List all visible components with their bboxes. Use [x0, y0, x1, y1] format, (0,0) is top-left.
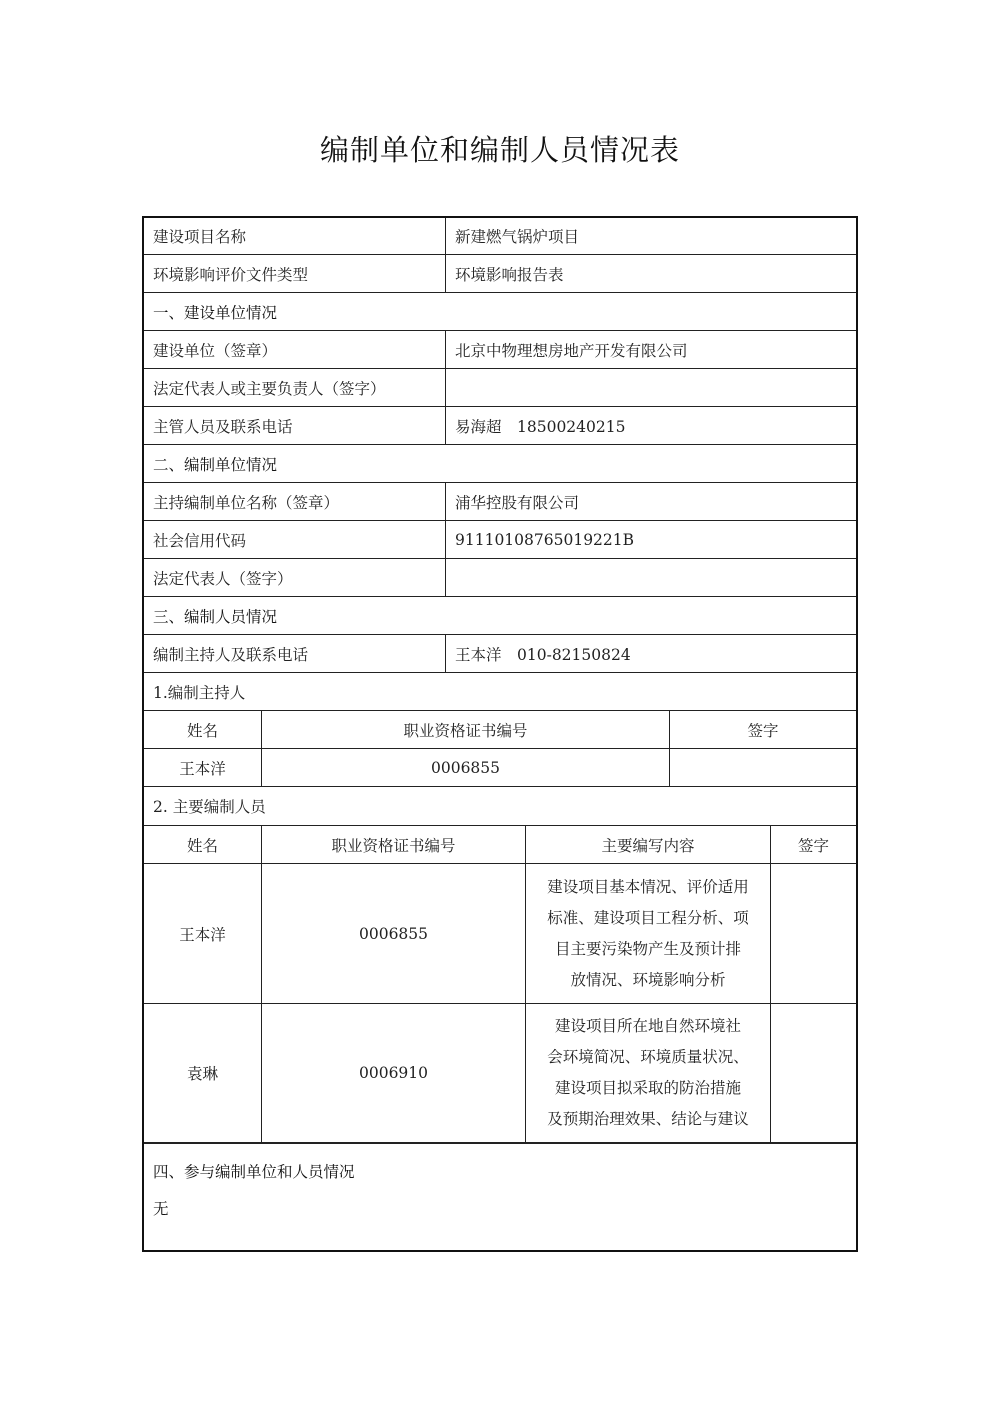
host-subheading: 1.编制主持人	[144, 673, 856, 710]
host-header-signature: 签字	[670, 711, 856, 748]
info-table: 建设项目名称 新建燃气锅炉项目 环境影响评价文件类型 环境影响报告表 一、建设单…	[142, 216, 858, 1252]
staff-header-content: 主要编写内容	[526, 826, 770, 863]
staff-header-cert: 职业资格证书编号	[262, 826, 525, 863]
staff-content: 建设项目基本情况、评价适用 标准、建设项目工程分析、项 目主要污染物产生及预计排…	[526, 864, 770, 1003]
document-title: 编制单位和编制人员情况表	[0, 128, 1000, 169]
content-line: 目主要污染物产生及预计排	[547, 934, 749, 965]
staff-cert-no: 0006910	[262, 1004, 525, 1142]
host-contact-label: 编制主持人及联系电话	[144, 635, 445, 672]
staff-cert-no: 0006855	[262, 864, 525, 1003]
section-heading-preparing-unit: 二、编制单位情况	[144, 445, 856, 482]
staff-content-text: 建设项目所在地自然环境社 会环境简况、环境质量状况、 建设项目拟采取的防治措施 …	[543, 1011, 753, 1135]
preparing-unit-value: 浦华控股有限公司	[446, 483, 856, 520]
legal-rep-signature-field	[446, 369, 856, 406]
preparing-unit-label: 主持编制单位名称（签章）	[144, 483, 445, 520]
section-heading-staff: 三、编制人员情况	[144, 597, 856, 634]
host-name: 王本洋	[144, 749, 261, 786]
staff-signature-field	[771, 1004, 856, 1142]
staff-subheading: 2. 主要编制人员	[144, 787, 856, 825]
participants-value: 无	[144, 1193, 856, 1223]
staff-name: 袁琳	[144, 1004, 261, 1142]
legal-rep-label: 法定代表人或主要负责人（签字）	[144, 369, 445, 406]
staff-signature-field	[771, 864, 856, 1003]
manager-contact-label: 主管人员及联系电话	[144, 407, 445, 444]
host-cert-no: 0006855	[262, 749, 669, 786]
construction-unit-label: 建设单位（签章）	[144, 331, 445, 368]
content-line: 会环境简况、环境质量状况、	[547, 1042, 749, 1073]
preparing-legal-rep-signature-field	[446, 559, 856, 596]
manager-contact-value: 易海超 18500240215	[446, 407, 856, 444]
staff-header-signature: 签字	[771, 826, 856, 863]
credit-code-label: 社会信用代码	[144, 521, 445, 558]
staff-name: 王本洋	[144, 864, 261, 1003]
project-name-label: 建设项目名称	[144, 218, 445, 254]
section-heading-participants: 四、参与编制单位和人员情况	[144, 1156, 856, 1186]
construction-unit-value: 北京中物理想房地产开发有限公司	[446, 331, 856, 368]
staff-content: 建设项目所在地自然环境社 会环境简况、环境质量状况、 建设项目拟采取的防治措施 …	[526, 1004, 770, 1142]
staff-content-text: 建设项目基本情况、评价适用 标准、建设项目工程分析、项 目主要污染物产生及预计排…	[543, 872, 753, 996]
doc-type-label: 环境影响评价文件类型	[144, 255, 445, 292]
host-header-name: 姓名	[144, 711, 261, 748]
host-header-cert: 职业资格证书编号	[262, 711, 669, 748]
content-line: 建设项目拟采取的防治措施	[547, 1073, 749, 1104]
host-signature-field	[670, 749, 856, 786]
content-line: 建设项目基本情况、评价适用	[547, 872, 749, 903]
project-name-value: 新建燃气锅炉项目	[446, 218, 856, 254]
content-line: 标准、建设项目工程分析、项	[547, 903, 749, 934]
doc-type-value: 环境影响报告表	[446, 255, 856, 292]
row-divider	[144, 1142, 856, 1144]
section-heading-construction-unit: 一、建设单位情况	[144, 293, 856, 330]
content-line: 放情况、环境影响分析	[547, 965, 749, 996]
preparing-legal-rep-label: 法定代表人（签字）	[144, 559, 445, 596]
host-contact-value: 王本洋 010-82150824	[446, 635, 856, 672]
staff-header-name: 姓名	[144, 826, 261, 863]
content-line: 及预期治理效果、结论与建议	[547, 1104, 749, 1135]
content-line: 建设项目所在地自然环境社	[547, 1011, 749, 1042]
credit-code-value: 91110108765019221B	[446, 521, 856, 558]
